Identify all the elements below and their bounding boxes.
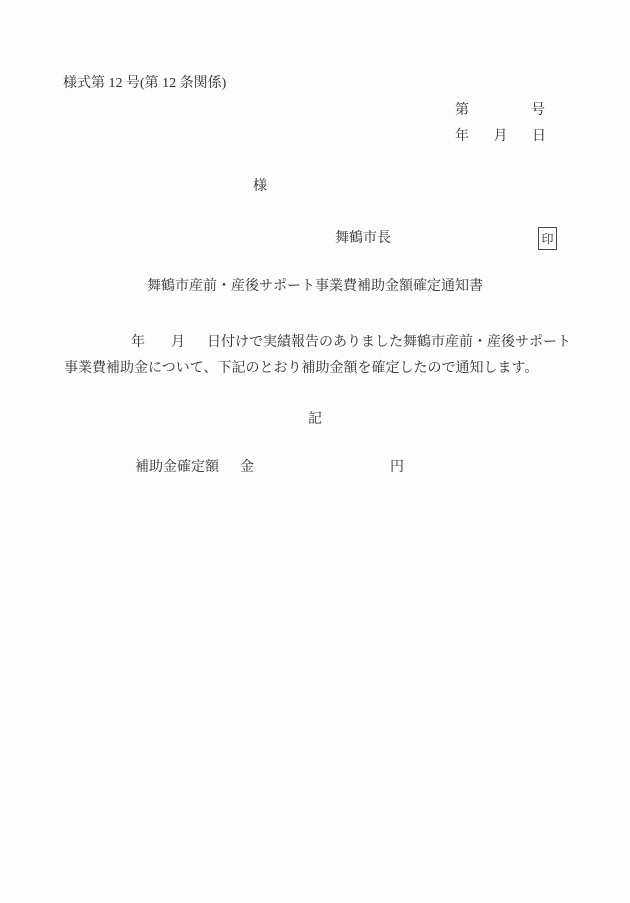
body-line-1: 年月日付けで実績報告のありました舞鶴市産前・産後サポート [131,333,571,353]
addressee-suffix: 様 [253,177,267,197]
document-page: 様式第 12 号(第 12 条関係) 第 号 年 月 日 様 舞鶴市長 印 舞鶴… [0,0,630,903]
doc-number-suffix: 号 [531,101,545,121]
doc-number-prefix: 第 [455,101,469,121]
amount-label: 補助金確定額 [135,458,219,478]
seal-box: 印 [538,227,557,250]
form-number: 様式第 12 号(第 12 条関係) [63,74,226,94]
date-row: 年 月 日 [455,127,546,147]
date-year-label: 年 [455,127,469,147]
amount-blank [254,458,390,476]
sender-name: 舞鶴市長 [335,229,391,249]
doc-number-row: 第 号 [455,101,545,121]
amount-row: 補助金確定額 金 円 [0,458,630,478]
amount-currency-prefix: 金 [240,458,254,478]
body-line-2: 事業費補助金について、下記のとおり補助金額を確定したので通知します。 [64,359,538,379]
body-month-label: 月 [171,335,185,350]
date-day-label: 日 [532,127,546,147]
amount-currency-suffix: 円 [390,458,404,478]
body-year-label: 年 [131,335,145,350]
section-marker: 記 [0,410,630,430]
body-line1-text: 日付けで実績報告のありました舞鶴市産前・産後サポート [207,335,571,350]
seal-mark: 印 [541,233,553,245]
date-month-label: 月 [494,127,508,147]
document-title: 舞鶴市産前・産後サポート事業費補助金額確定通知書 [0,277,630,297]
